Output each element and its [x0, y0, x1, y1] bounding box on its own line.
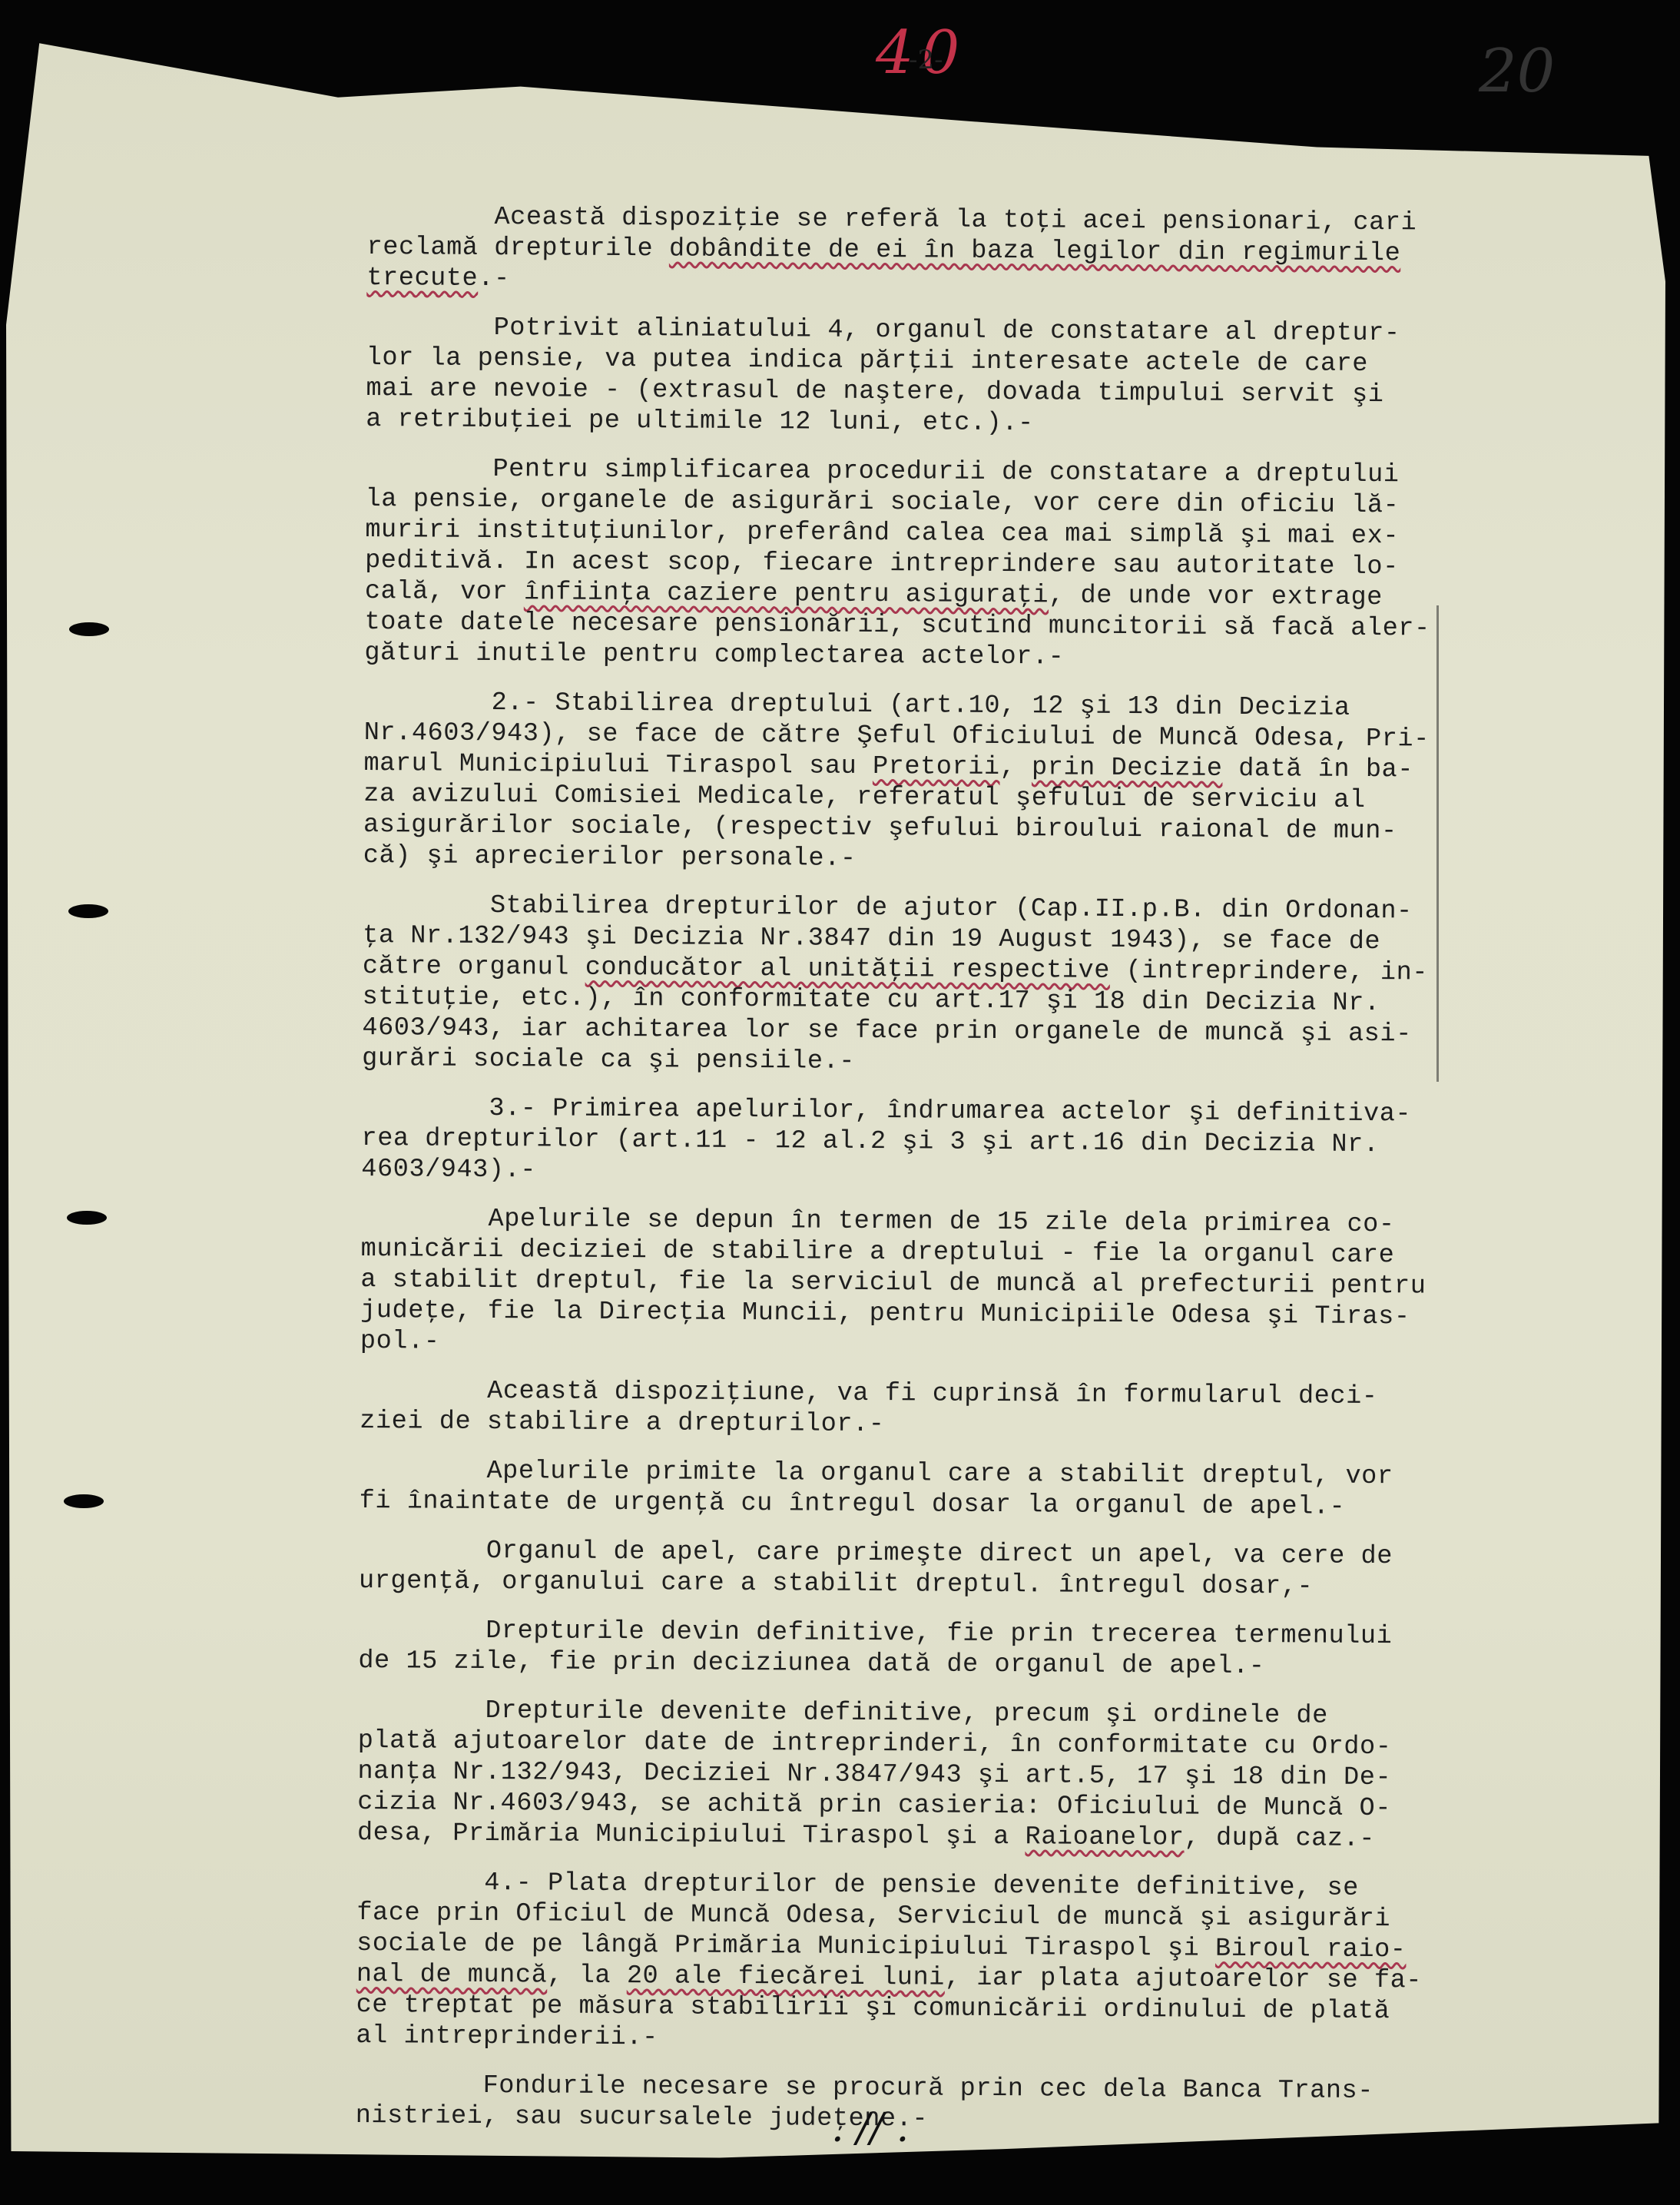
typed-body-text: Această dispoziţie se referă la toţi ace… — [356, 201, 1658, 2157]
paragraph-p12: Drepturile devenite definitive, precum ş… — [357, 1695, 1649, 1856]
paragraph-p8: Această dispoziţiune, va fi cuprinsă în … — [360, 1375, 1650, 1444]
paragraph-p10: Organul de apel, care primeşte direct un… — [359, 1535, 1649, 1604]
paragraph-p5: Stabilirea drepturilor de ajutor (Cap.II… — [362, 890, 1653, 1082]
paragraph-p7: Apelurile se depun în termen de 15 zile … — [360, 1203, 1652, 1364]
punch-hole — [67, 1211, 107, 1225]
paragraph-p3: Pentru simplificarea procedurii de const… — [364, 453, 1656, 676]
paragraph-p6: 3.- Primirea apelurilor, îndrumarea acte… — [361, 1093, 1652, 1192]
paragraph-p4: 2.- Stabilirea dreptului (art.10, 12 şi … — [363, 687, 1655, 879]
punch-hole — [64, 1494, 104, 1508]
paragraph-p2: Potrivit aliniatului 4, organul de const… — [366, 312, 1657, 443]
footer-page-mark: . // . — [831, 2105, 909, 2151]
handwritten-folio-number: 20 — [1479, 37, 1555, 106]
punch-hole — [68, 904, 108, 918]
paragraph-p11: Drepturile devin definitive, fie prin tr… — [358, 1615, 1649, 1684]
paragraph-p9: Apelurile primite la organul care a stab… — [360, 1455, 1650, 1524]
typed-page-marker: -2- — [909, 45, 943, 75]
paragraph-p14: Fondurile necesare se procură prin cec d… — [356, 2070, 1646, 2139]
paragraph-p1: Această dispoziţie se referă la toţi ace… — [366, 201, 1658, 301]
punch-hole — [69, 622, 109, 636]
paragraph-p13: 4.- Plata drepturilor de pensie devenite… — [356, 1867, 1647, 2059]
